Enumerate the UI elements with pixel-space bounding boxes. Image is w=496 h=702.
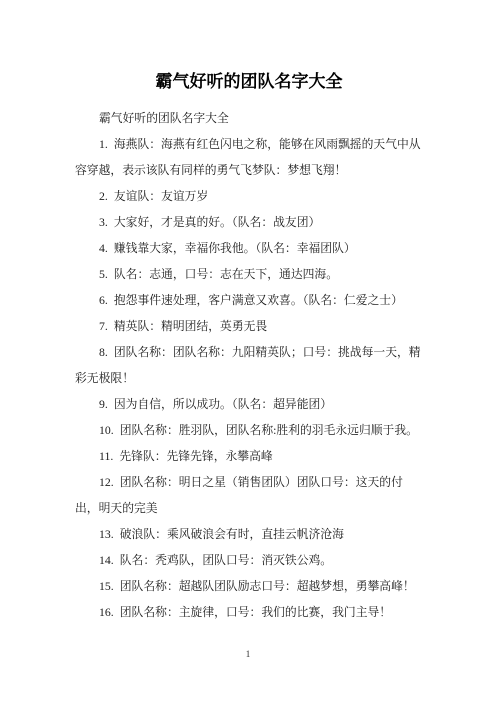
item-number: 1. [99, 131, 108, 157]
intro-paragraph: 霸气好听的团队名字大全 [75, 105, 423, 131]
item-text: 团队名称：明日之星（销售团队）团队口号：这天的付出，明天的完美 [75, 475, 403, 515]
list-item: 10.团队名称：胜羽队，团队名称:胜利的羽毛永远归顺于我。 [75, 417, 423, 443]
list-item: 15.团队名称：超越队团队励志口号：超越梦想，勇攀高峰！ [75, 573, 423, 599]
list-item: 8.团队名称：团队名称：九阳精英队；口号：挑战每一天，精彩无极限！ [75, 339, 423, 391]
list-item: 7.精英队：精明团结，英勇无畏 [75, 313, 423, 339]
item-text: 先锋队：先锋先锋，永攀高峰 [119, 449, 272, 463]
item-text: 大家好，才是真的好。（队名：战友团） [114, 215, 320, 229]
item-text: 队名：秃鸡队，团队口号：消灭铁公鸡。 [120, 553, 332, 567]
list-item: 12.团队名称：明日之星（销售团队）团队口号：这天的付出，明天的完美 [75, 469, 423, 521]
list-item: 6.抱怨事件速处理，客户满意又欢喜。（队名：仁爱之士） [75, 287, 423, 313]
item-text: 团队名称：胜羽队，团队名称:胜利的羽毛永远归顺于我。 [120, 423, 418, 437]
item-number: 5. [99, 261, 108, 287]
item-text: 抱怨事件速处理，客户满意又欢喜。（队名：仁爱之士） [114, 293, 403, 307]
item-number: 13. [99, 521, 114, 547]
item-text: 友谊队：友谊万岁 [114, 189, 208, 203]
item-text: 队名：志通，口号：志在天下，通达四海。 [114, 267, 338, 281]
item-number: 12. [99, 469, 114, 495]
item-text: 精英队：精明团结，英勇无畏 [114, 319, 267, 333]
item-text: 团队名称：主旋律，口号：我们的比赛，我门主导！ [120, 605, 391, 619]
list-item: 14.队名：秃鸡队，团队口号：消灭铁公鸡。 [75, 547, 423, 573]
item-number: 16. [99, 599, 114, 625]
item-text: 团队名称：超越队团队励志口号：超越梦想，勇攀高峰！ [120, 579, 415, 593]
list-item: 5.队名：志通，口号：志在天下，通达四海。 [75, 261, 423, 287]
list-item: 4.赚钱靠大家，幸福你我他。（队名：幸福团队） [75, 235, 423, 261]
item-number: 11. [99, 443, 113, 469]
item-number: 2. [99, 183, 108, 209]
item-number: 6. [99, 287, 108, 313]
list-item: 3.大家好，才是真的好。（队名：战友团） [75, 209, 423, 235]
list-item: 13.破浪队：乘风破浪会有时，直挂云帆济沧海 [75, 521, 423, 547]
item-text: 团队名称：团队名称：九阳精英队；口号：挑战每一天，精彩无极限！ [75, 345, 421, 385]
document-title: 霸气好听的团队名字大全 [75, 70, 423, 94]
page-number: 1 [0, 647, 496, 661]
item-number: 8. [99, 339, 108, 365]
list-item: 9.因为自信，所以成功。（队名：超异能团） [75, 391, 423, 417]
item-number: 3. [99, 209, 108, 235]
item-text: 因为自信，所以成功。（队名：超异能团） [114, 397, 332, 411]
list-item: 1.海燕队：海燕有红色闪电之称，能够在风雨飘摇的天气中从容穿越，表示该队有同样的… [75, 131, 423, 183]
document-page: 霸气好听的团队名字大全 霸气好听的团队名字大全 1.海燕队：海燕有红色闪电之称，… [0, 0, 496, 702]
item-text: 海燕队：海燕有红色闪电之称，能够在风雨飘摇的天气中从容穿越，表示该队有同样的勇气… [75, 137, 421, 177]
list-item: 2.友谊队：友谊万岁 [75, 183, 423, 209]
item-text: 破浪队：乘风破浪会有时，直挂云帆济沧海 [120, 527, 344, 541]
item-number: 15. [99, 573, 114, 599]
item-number: 4. [99, 235, 108, 261]
item-number: 14. [99, 547, 114, 573]
list-item: 11.先锋队：先锋先锋，永攀高峰 [75, 443, 423, 469]
list-item: 16.团队名称：主旋律，口号：我们的比赛，我门主导！ [75, 599, 423, 625]
item-number: 7. [99, 313, 108, 339]
item-text: 赚钱靠大家，幸福你我他。（队名：幸福团队） [114, 241, 356, 255]
item-number: 10. [99, 417, 114, 443]
item-number: 9. [99, 391, 108, 417]
